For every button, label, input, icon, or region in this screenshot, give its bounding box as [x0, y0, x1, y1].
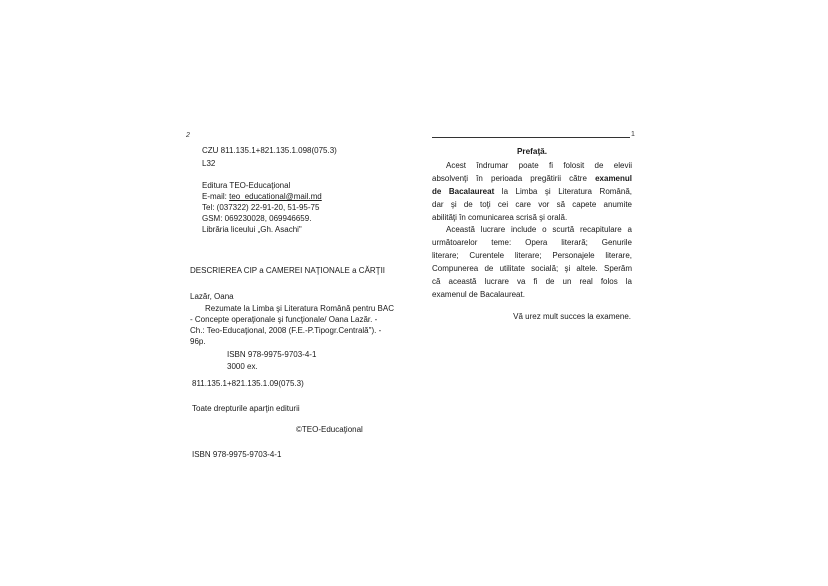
paragraph-line: dar şi de toţi cei care vor să capete an…	[432, 199, 632, 212]
rights-notice: Toate drepturile aparţin editurii	[192, 403, 300, 414]
email-label: E-mail:	[202, 192, 229, 201]
email-link[interactable]: teo_educational@mail.md	[229, 192, 322, 201]
description-line: 96p.	[190, 336, 206, 347]
copyright: ©TEO-Educaţional	[296, 424, 363, 435]
preface-paragraph-1: Acest îndrumar poate fi folosit de elevi…	[432, 160, 632, 225]
paragraph-line: de Bacalaureat la Limba şi Literatura Ro…	[432, 186, 632, 199]
email-line: E-mail: teo_educational@mail.md	[202, 191, 322, 202]
header-rule	[432, 137, 630, 138]
publisher-name: Editura TEO-Educaţional	[202, 180, 290, 191]
isbn-inner: ISBN 978-9975-9703-4-1	[227, 349, 316, 360]
classification-code: 811.135.1+821.135.1.09(075.3)	[192, 378, 304, 389]
text-run: absolvenţi în perioada pregătirii către	[432, 174, 595, 183]
isbn-footer: ISBN 978-9975-9703-4-1	[192, 449, 281, 460]
closing-line: Vă urez mult succes la examene.	[432, 312, 631, 321]
paragraph-line: următoarelor teme: Opera literară; Genur…	[432, 237, 632, 250]
paragraph-line: examenul de Bacalaureat.	[432, 289, 632, 302]
czu-code: CZU 811.135.1+821.135.1.098(075.3)	[202, 145, 337, 156]
description-line: Ch.: Teo-Educaţional, 2008 (F.E.-P.Tipog…	[190, 325, 381, 336]
paragraph-line: Compunerea de utilitate socială; şi alte…	[432, 263, 632, 276]
paragraph-line: că această lucrare va fi de un real folo…	[432, 276, 632, 289]
library: Librăria liceului „Gh. Asachi"	[202, 224, 302, 235]
telephone: Tel: (037322) 22-91-20, 51-95-75	[202, 202, 319, 213]
paragraph-line: literare; Curentele literare; Personajel…	[432, 250, 632, 263]
author: Lazăr, Oana	[190, 291, 234, 302]
copies: 3000 ex.	[227, 361, 258, 372]
preface-title: Prefaţă.	[432, 147, 632, 156]
bold-run: examenul	[595, 174, 632, 183]
preface-paragraph-2: Această lucrare include o scurtă recapit…	[432, 224, 632, 301]
paragraph-line: Acest îndrumar poate fi folosit de elevi…	[432, 160, 632, 173]
description-line: - Concepte operaţionale şi funcţionale/ …	[190, 314, 377, 325]
page-number-left: 2	[186, 130, 190, 141]
description-line: Rezumate la Limba şi Literatura Română p…	[205, 303, 394, 314]
page-number-right: 1	[631, 131, 635, 138]
bold-run: de Bacalaureat	[432, 187, 494, 196]
catalog-code: L32	[202, 158, 215, 169]
gsm: GSM: 069230028, 069946659.	[202, 213, 311, 224]
cip-heading: DESCRIEREA CIP a CAMEREI NAŢIONALE a CĂR…	[190, 265, 385, 276]
text-run: la Limba şi Literatura Română,	[494, 187, 632, 196]
paragraph-line: abilităţi în comunicarea scrisă şi orală…	[432, 212, 632, 225]
paragraph-line: absolvenţi în perioada pregătirii către …	[432, 173, 632, 186]
paragraph-line: Această lucrare include o scurtă recapit…	[432, 224, 632, 237]
